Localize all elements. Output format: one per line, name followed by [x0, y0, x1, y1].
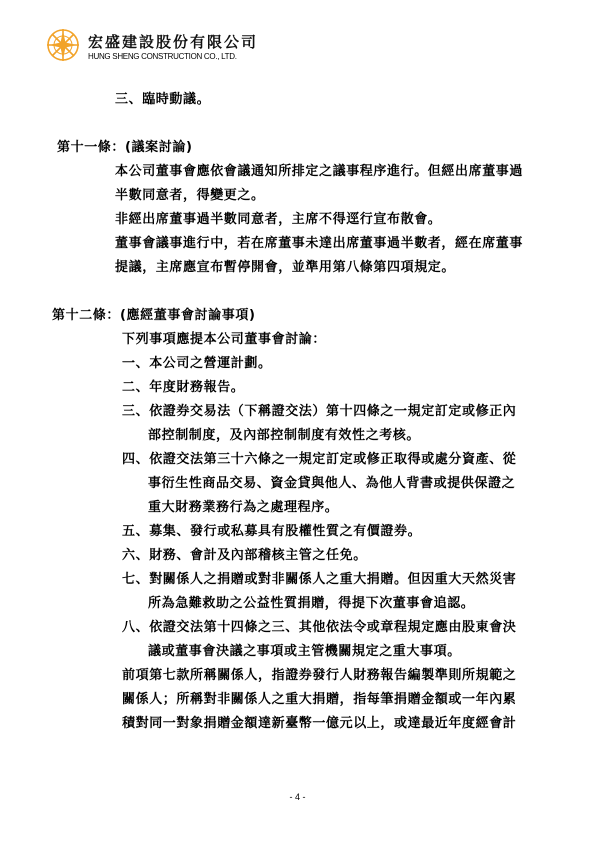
- compass-rose-logo-icon: [46, 28, 80, 62]
- list-item: 五、募集、發行或私募具有股權性質之有價證券。: [122, 524, 421, 540]
- list-item-continuation: 部控制制度，及內部控制制度有效性之考核。: [148, 428, 420, 444]
- article-11-line: 提議，主席應宣布暫停開會，並準用第八條第四項規定。: [115, 260, 455, 276]
- article-11-line: 董事會議事進行中，若在席董事未達出席董事過半數者，經在席董事: [115, 236, 523, 252]
- list-item-continuation: 議或董事會決議之事項或主管機關規定之重大事項。: [148, 644, 461, 660]
- list-item: 六、財務、會計及內部稽核主管之任免。: [122, 548, 367, 564]
- list-item: 八、依證交法第十四條之三、其他依法令或章程規定應由股東會決: [122, 620, 516, 636]
- page-number: - 4 -: [0, 792, 595, 802]
- note-line: 前項第七款所稱關係人，指證券發行人財務報告編製準則所規範之: [122, 668, 516, 684]
- list-item-continuation: 重大財務業務行為之處理程序。: [148, 500, 338, 516]
- note-line: 關係人；所稱對非關係人之重大捐贈，指每筆捐贈金額或一年內累: [122, 692, 516, 708]
- article-12-intro: 下列事項應提本公司董事會討論：: [122, 332, 326, 348]
- list-item: 四、依證交法第三十六條之一規定訂定或修正取得或處分資產、從: [122, 452, 516, 468]
- list-item: 一、本公司之營運計劃。: [122, 356, 272, 372]
- article-11-line: 非經出席董事過半數同意者，主席不得逕行宣布散會。: [115, 212, 441, 228]
- article-11-title: 第十一條：(議案討論): [57, 140, 192, 156]
- article-12-title: 第十二條：(應經董事會討論事項): [52, 308, 255, 324]
- article-11-line: 半數同意者，得變更之。: [115, 188, 265, 204]
- company-name-en: HUNG SHENG CONSTRUCTION CO., LTD.: [88, 52, 237, 61]
- list-item: 二、年度財務報告。: [122, 380, 244, 396]
- company-name-cn: 宏盛建設股份有限公司: [88, 31, 258, 52]
- note-line: 積對同一對象捐贈金額達新臺幣一億元以上，或達最近年度經會計: [122, 716, 516, 732]
- list-item: 七、對關係人之捐贈或對非關係人之重大捐贈。但因重大天然災害: [122, 572, 516, 588]
- article-11-line: 本公司董事會應依會議通知所排定之議事程序進行。但經出席董事過: [115, 164, 523, 180]
- list-item: 三、依證券交易法（下稱證交法）第十四條之一規定訂定或修正內: [122, 404, 516, 420]
- list-item-continuation: 事衍生性商品交易、資金貸與他人、為他人背書或提供保證之: [148, 476, 515, 492]
- list-item-continuation: 所為急難救助之公益性質捐贈，得提下次董事會追認。: [148, 596, 474, 612]
- previous-agenda-item: 三、臨時動議。: [115, 92, 210, 108]
